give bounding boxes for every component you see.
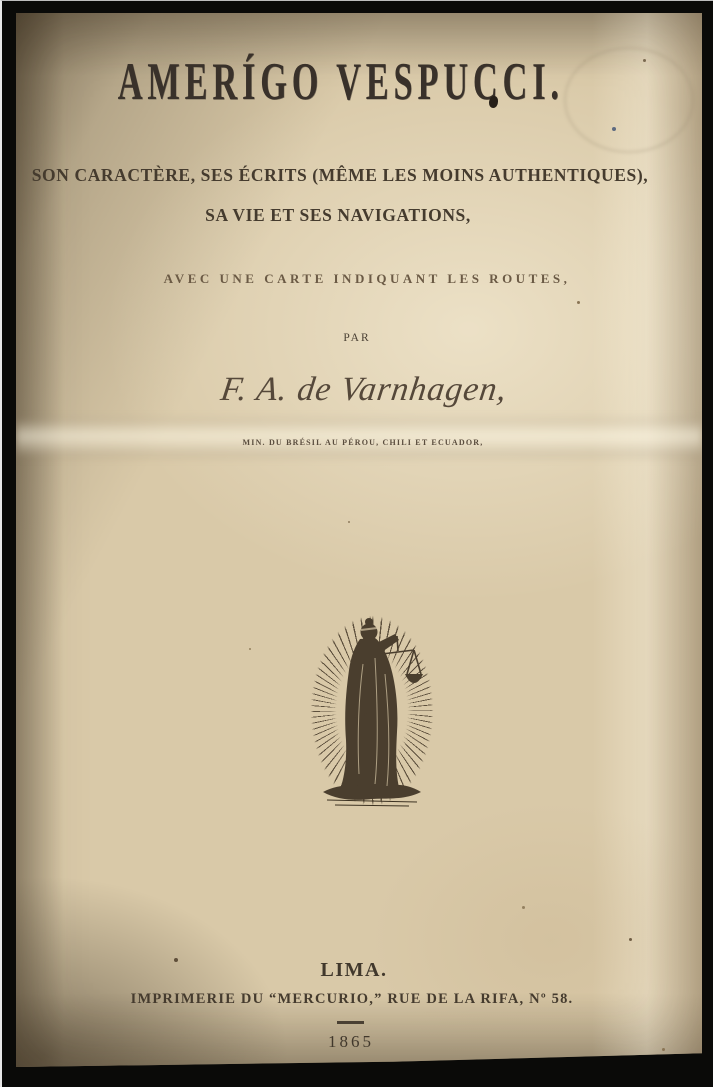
foxing-spot bbox=[348, 521, 350, 523]
imprint-divider bbox=[337, 1021, 364, 1024]
author-title: MIN. DU BRÉSIL AU PÉROU, CHILI ET ECUADO… bbox=[16, 438, 710, 447]
map-note: AVEC UNE CARTE INDIQUANT LES ROUTES, bbox=[16, 271, 713, 287]
foxing-spot bbox=[174, 958, 178, 962]
book-page: AMERÍGO VESPUCCI. SON CARACTÈRE, SES ÉCR… bbox=[16, 13, 702, 1067]
foxing-spot bbox=[629, 938, 632, 941]
justice-engraving bbox=[297, 593, 447, 815]
foxing-spot bbox=[522, 906, 525, 909]
author-signature: F. A. de Varnhagen, bbox=[13, 371, 713, 409]
photo-frame: AMERÍGO VESPUCCI. SON CARACTÈRE, SES ÉCR… bbox=[0, 0, 713, 1087]
justice-figure-icon bbox=[297, 593, 447, 815]
imprint-city: LIMA. bbox=[16, 959, 692, 982]
foxing-spot bbox=[643, 59, 646, 62]
foxing-spot bbox=[249, 648, 251, 650]
byline-intro: PAR bbox=[16, 332, 698, 344]
subtitle-line-2: SA VIE ET SES NAVIGATIONS, bbox=[16, 205, 660, 226]
foxing-spot bbox=[612, 127, 616, 131]
book-title: AMERÍGO VESPUCCI. bbox=[16, 58, 666, 107]
imprint-year: 1865 bbox=[16, 1032, 686, 1052]
foxing-spot bbox=[662, 1048, 665, 1051]
subtitle-line-1: SON CARACTÈRE, SES ÉCRITS (MÊME LES MOIN… bbox=[16, 165, 664, 186]
foxing-spot bbox=[577, 301, 580, 304]
imprint-printer: IMPRIMERIE DU “MERCURIO,” RUE DE LA RIFA… bbox=[16, 991, 688, 1008]
